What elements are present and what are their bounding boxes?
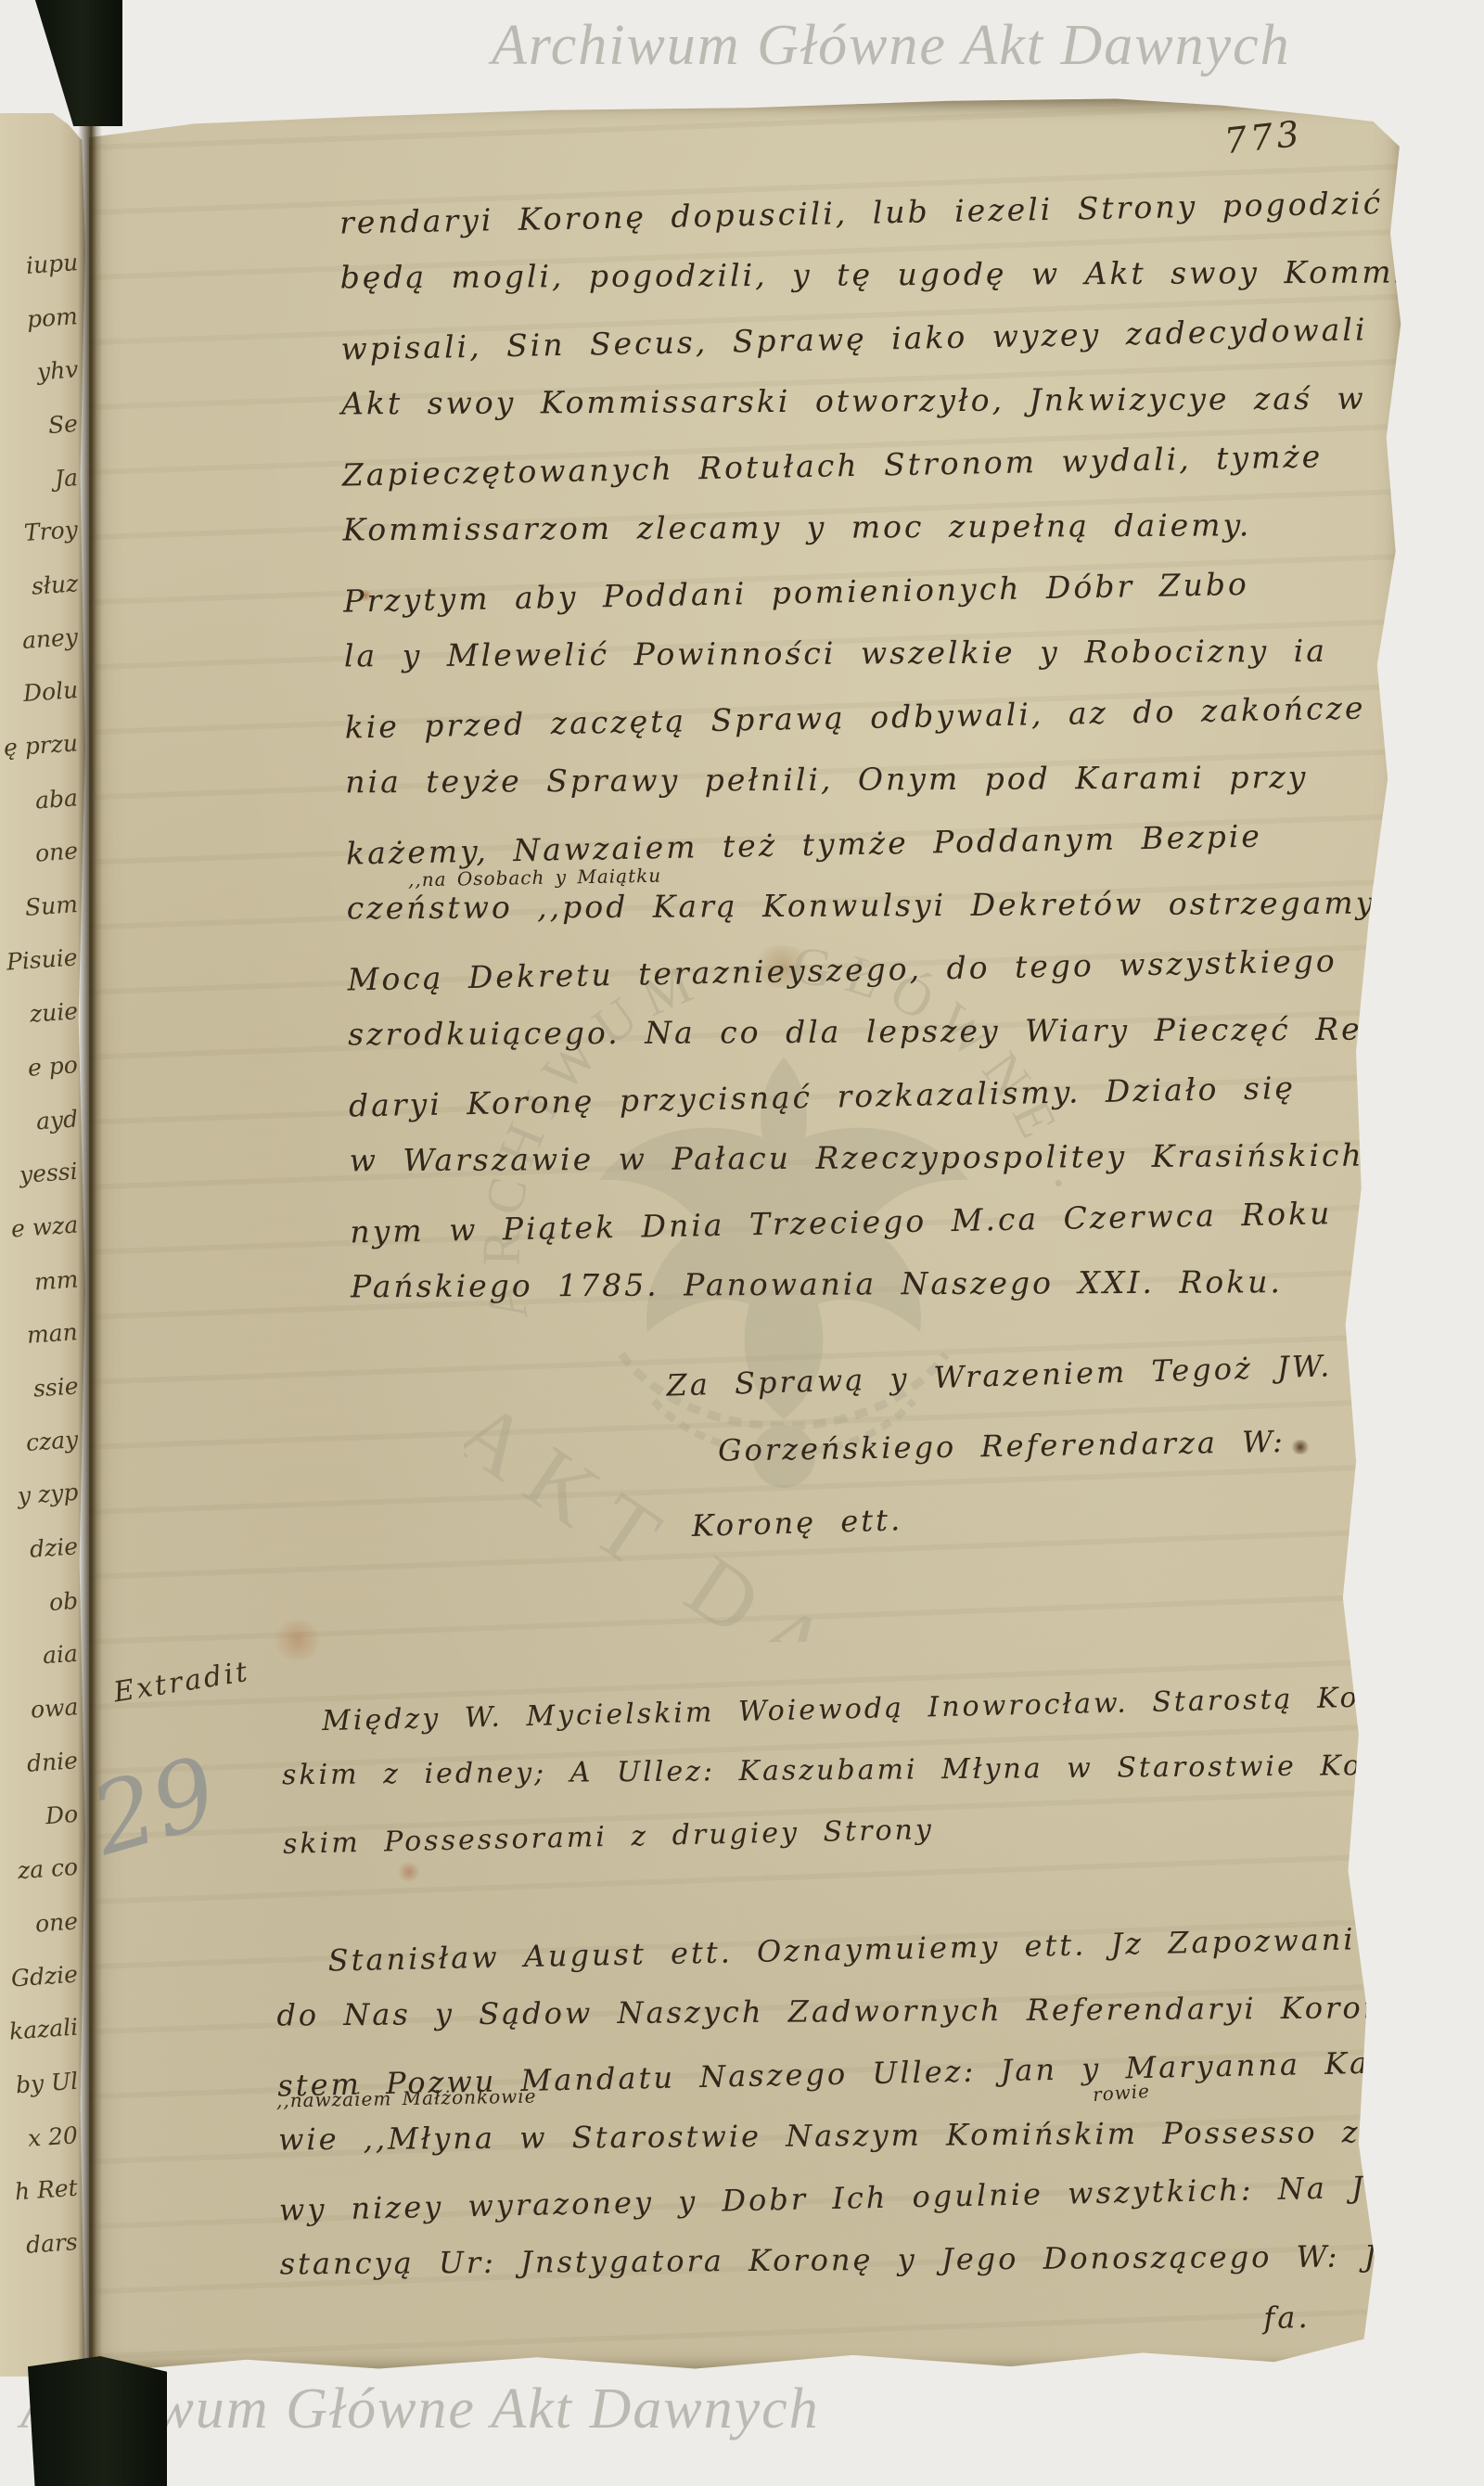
text-fragment: pom <box>26 304 78 332</box>
text-fragment: Pisuie <box>6 945 79 974</box>
text-fragment: aia <box>42 1642 79 1669</box>
text-fragment: one <box>34 839 79 866</box>
royal-decree-paragraph: Stanisław August ett. Oznaymuiemy ett. J… <box>275 1911 1474 2361</box>
interline-insertion: ,,nawzaiem Małżonkowie <box>276 2085 537 2112</box>
text-fragment: y zyp <box>17 1480 79 1508</box>
text-fragment: one <box>34 1909 79 1936</box>
rust-stain <box>271 1620 325 1660</box>
text-fragment: yessi <box>19 1160 79 1187</box>
text-fragment: mm <box>33 1267 79 1294</box>
text-fragment: za co <box>17 1855 79 1883</box>
binding-strap-top <box>33 0 122 126</box>
text-fragment: ob <box>48 1589 79 1615</box>
text-fragment: Se <box>47 412 79 438</box>
margin-note-extradit: Extradit <box>111 1656 252 1710</box>
folio-page-number: 773 <box>1222 113 1305 162</box>
previous-page-edge: iupupomyhvSeJaTroysłuzaneyDoluę przuabao… <box>0 113 85 2377</box>
text-fragment: by Ul <box>15 2070 79 2098</box>
previous-page-text-fragments: iupupomyhvSeJaTroysłuzaneyDoluę przuabao… <box>0 113 85 2377</box>
text-fragment: dnie <box>26 1749 79 1776</box>
manuscript-line: Pańskiego 1785. Panowania Naszego XXI. R… <box>351 1249 1484 1319</box>
text-fragment: x 20 <box>27 2123 79 2151</box>
text-fragment: Dolu <box>22 678 79 706</box>
manuscript-body-paragraph: rendaryi Koronę dopuscili, lub iezeli St… <box>339 173 1484 1322</box>
text-fragment: yhv <box>36 358 79 385</box>
text-fragment: iupu <box>25 250 79 278</box>
text-fragment: aba <box>34 786 79 813</box>
text-fragment: h Ret <box>14 2176 78 2205</box>
text-fragment: czay <box>25 1428 79 1455</box>
text-fragment: ssie <box>32 1374 79 1401</box>
manuscript-page: 773 ARCHIWUM · GŁÓWNE · AKT DAWNYCH rend… <box>89 96 1406 2371</box>
case-parties-paragraph: Między W. Mycielskim Woiewodą Inowrocław… <box>281 1671 1426 1870</box>
text-fragment: dzie <box>29 1534 79 1562</box>
text-fragment: kazali <box>8 2016 79 2044</box>
text-fragment: Do <box>45 1802 79 1828</box>
manuscript-line: Koronę ett. <box>691 1471 1337 1561</box>
text-fragment: zuie <box>29 1000 79 1028</box>
text-fragment: owa <box>30 1695 79 1723</box>
manuscript-line: fa. <box>1263 2283 1475 2350</box>
archive-watermark-top: Archiwum Główne Akt Dawnych <box>492 13 1291 79</box>
text-fragment: słuz <box>31 571 79 598</box>
text-fragment: ę przu <box>3 731 79 761</box>
text-fragment: man <box>26 1321 78 1349</box>
manuscript-line: stancyą Ur: Jnstygatora Koronę y Jego Do… <box>279 2224 1473 2295</box>
text-fragment: Ja <box>54 466 79 492</box>
text-fragment: dars <box>25 2230 78 2258</box>
superscript-correction: rowie <box>1092 2080 1150 2106</box>
binding-strap-bottom <box>28 2356 167 2486</box>
text-fragment: ayd <box>35 1107 79 1134</box>
scanned-archival-document: Archiwum Główne Akt Dawnych iupupomyhvSe… <box>0 0 1484 2486</box>
text-fragment: Gdzie <box>10 1962 79 1991</box>
text-fragment: Troy <box>23 518 78 545</box>
binding-gutter <box>78 111 102 2377</box>
interline-insertion: ,,na Osobach y Maiątku <box>408 865 662 891</box>
text-fragment: e wza <box>10 1213 79 1242</box>
text-fragment: Sum <box>24 892 79 920</box>
text-fragment: e po <box>27 1053 78 1081</box>
closing-formula-paragraph: Za Sprawą y Wrazeniem Tegoż JW.Gorzeński… <box>666 1334 1337 1559</box>
text-fragment: aney <box>21 625 79 653</box>
